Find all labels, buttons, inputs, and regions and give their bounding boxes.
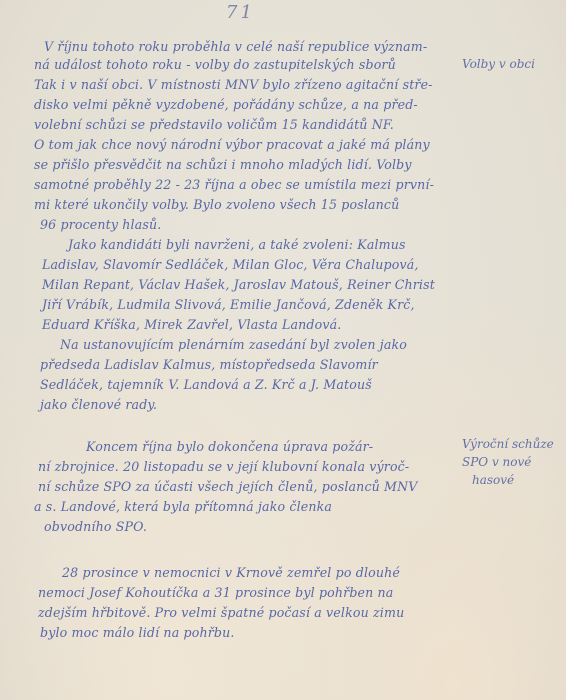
text-line: samotné proběhly 22 - 23 října a obec se… (34, 176, 434, 194)
text-line: V říjnu tohoto roku proběhla v celé naší… (44, 38, 427, 56)
text-line: Jako kandidáti byli navrženi, a také zvo… (68, 236, 406, 254)
text-line: nemoci Josef Kohoutíčka a 31 prosince by… (38, 584, 393, 602)
text-line: disko velmi pěkně vyzdobené, pořádány sc… (34, 96, 418, 114)
text-line: Eduard Kříška, Mirek Zavřel, Vlasta Land… (42, 316, 341, 334)
margin-note-elections: Volby v obci (462, 56, 535, 72)
margin-note-fire-station-line-1: Výroční schůze (462, 436, 554, 452)
text-line: předseda Ladislav Kalmus, místopředseda … (40, 356, 378, 374)
chronicle-page: 71 Volby v obci Výroční schůze SPO v nov… (0, 0, 566, 700)
text-line: Jiří Vrábík, Ludmila Slivová, Emilie Jan… (42, 296, 415, 314)
text-line: bylo moc málo lidí na pohřbu. (40, 624, 235, 642)
text-line: Milan Repant, Václav Hašek, Jaroslav Mat… (42, 276, 435, 294)
text-line: Sedláček, tajemník V. Landová a Z. Krč a… (40, 376, 372, 394)
text-line: volební schůzi se představilo voličům 15… (34, 116, 394, 134)
text-line: ní schůze SPO za účasti všech jejích čle… (38, 478, 418, 496)
text-line: mi které ukončily volby. Bylo zvoleno vš… (34, 196, 399, 214)
text-line: a s. Landové, která byla přítomná jako č… (34, 498, 332, 516)
text-line: Na ustanovujícím plenárním zasedání byl … (60, 336, 407, 354)
text-line: obvodního SPO. (44, 518, 147, 536)
text-line: jako členové rady. (40, 396, 157, 414)
text-line: Tak i v naší obci. V místnosti MNV bylo … (34, 76, 433, 94)
margin-note-fire-station-line-3: hasové (472, 472, 514, 488)
text-line: se přišlo přesvědčit na schůzi i mnoho m… (34, 156, 412, 174)
text-line: ná událost tohoto roku - volby do zastup… (34, 56, 396, 74)
text-line: Koncem října bylo dokončena úprava požár… (86, 438, 373, 456)
text-line: Ladislav, Slavomír Sedláček, Milan Gloc,… (42, 256, 419, 274)
text-line: zdejším hřbitově. Pro velmi špatné počas… (38, 604, 404, 622)
text-line: ní zbrojnice. 20 listopadu se v její klu… (38, 458, 409, 476)
text-line: 96 procenty hlasů. (40, 216, 161, 234)
text-line: O tom jak chce nový národní výbor pracov… (34, 136, 430, 154)
text-line: 28 prosince v nemocnici v Krnově zemřel … (62, 564, 400, 582)
page-number: 71 (226, 2, 255, 23)
margin-note-fire-station-line-2: SPO v nové (462, 454, 531, 470)
